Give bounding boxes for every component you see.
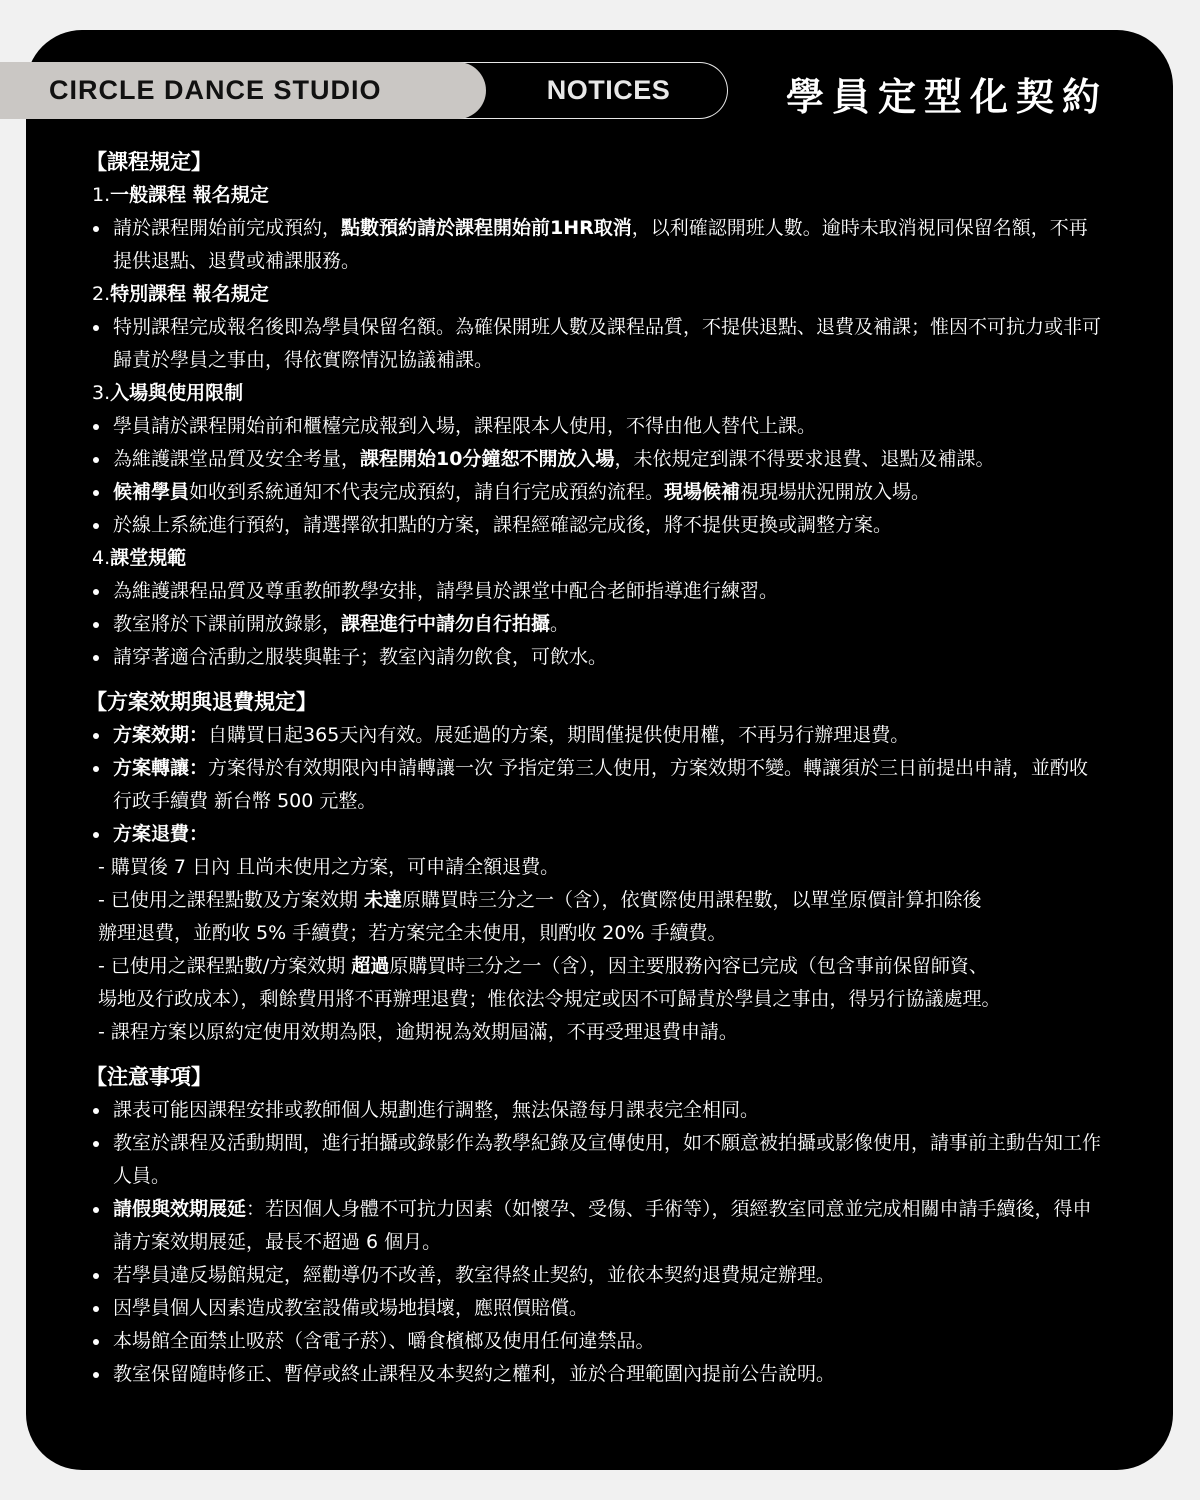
list-item: 教室將於下課前開放錄影，課程進行中請勿自行拍攝。 [86,608,1106,641]
list-item: 教室於課程及活動期間，進行拍攝或錄影作為教學紀錄及宣傳使用，如不願意被拍攝或影像… [86,1127,1106,1193]
section-title-course: 【課程規定】 [86,146,1106,179]
subsection-heading: 4.課堂規範 [92,542,1106,575]
list-item: 學員請於課程開始前和櫃檯完成報到入場，課程限本人使用，不得由他人替代上課。 [86,410,1106,443]
list-item: 方案退費： [86,818,1106,851]
list-item: 請於課程開始前完成預約，點數預約請於課程開始前1HR取消，以利確認開班人數。逾時… [86,212,1106,278]
contract-body: 【課程規定】 1.一般課程 報名規定 請於課程開始前完成預約，點數預約請於課程開… [86,146,1106,1391]
list-item: 若學員違反場館規定，經勸導仍不改善，教室得終止契約，並依本契約退費規定辦理。 [86,1259,1106,1292]
list-item: 請穿著適合活動之服裝與鞋子；教室內請勿飲食，可飲水。 [86,641,1106,674]
section-title-notes: 【注意事項】 [86,1061,1106,1094]
section-title-plan: 【方案效期與退費規定】 [86,686,1106,719]
list-item: 於線上系統進行預約，請選擇欲扣點的方案，課程經確認完成後，將不提供更換或調整方案… [86,509,1106,542]
list-item: 候補學員如收到系統通知不代表完成預約，請自行完成預約流程。現場候補視現場狀況開放… [86,476,1106,509]
list-item: 特別課程完成報名後即為學員保留名額。為確保開班人數及課程品質，不提供退點、退費及… [86,311,1106,377]
list-item: 為維護課堂品質及安全考量，課程開始10分鐘恕不開放入場，未依規定到課不得要求退費… [86,443,1106,476]
subsection-heading: 3.入場與使用限制 [92,377,1106,410]
subsection-heading: 1.一般課程 報名規定 [92,179,1106,212]
subsection-heading: 2.特別課程 報名規定 [92,278,1106,311]
list-item: 請假與效期展延：若因個人身體不可抗力因素（如懷孕、受傷、手術等），須經教室同意並… [86,1193,1106,1259]
brand-name: CIRCLE DANCE STUDIO [49,75,382,106]
list-item: 為維護課程品質及尊重教師教學安排，請學員於課堂中配合老師指導進行練習。 [86,575,1106,608]
list-item: 方案轉讓：方案得於有效期限內申請轉讓一次 予指定第三人使用，方案效期不變。轉讓須… [86,752,1106,818]
refund-rule: - 課程方案以原約定使用效期為限，逾期視為效期屆滿，不再受理退費申請。 [98,1016,1106,1049]
list-item: 教室保留隨時修正、暫停或終止課程及本契約之權利，並於合理範圍內提前公告說明。 [86,1358,1106,1391]
document-title: 學員定型化契約 [786,66,1108,121]
list-item: 本場館全面禁止吸菸（含電子菸）、嚼食檳榔及使用任何違禁品。 [86,1325,1106,1358]
list-item: 課表可能因課程安排或教師個人規劃進行調整，無法保證每月課表完全相同。 [86,1094,1106,1127]
list-item: 因學員個人因素造成教室設備或場地損壞，應照價賠償。 [86,1292,1106,1325]
refund-rule: - 已使用之課程點數/方案效期 超過原購買時三分之一（含），因主要服務內容已完成… [98,950,1106,1016]
refund-rule: - 購買後 7 日內 且尚未使用之方案，可申請全額退費。 [98,851,1106,884]
list-item: 方案效期：自購買日起365天內有效。展延過的方案，期間僅提供使用權，不再另行辦理… [86,719,1106,752]
refund-rule: - 已使用之課程點數及方案效期 未達原購買時三分之一（含），依實際使用課程數，以… [98,884,1106,950]
brand-tab: CIRCLE DANCE STUDIO [0,62,486,119]
notices-label: NOTICES [547,75,671,106]
